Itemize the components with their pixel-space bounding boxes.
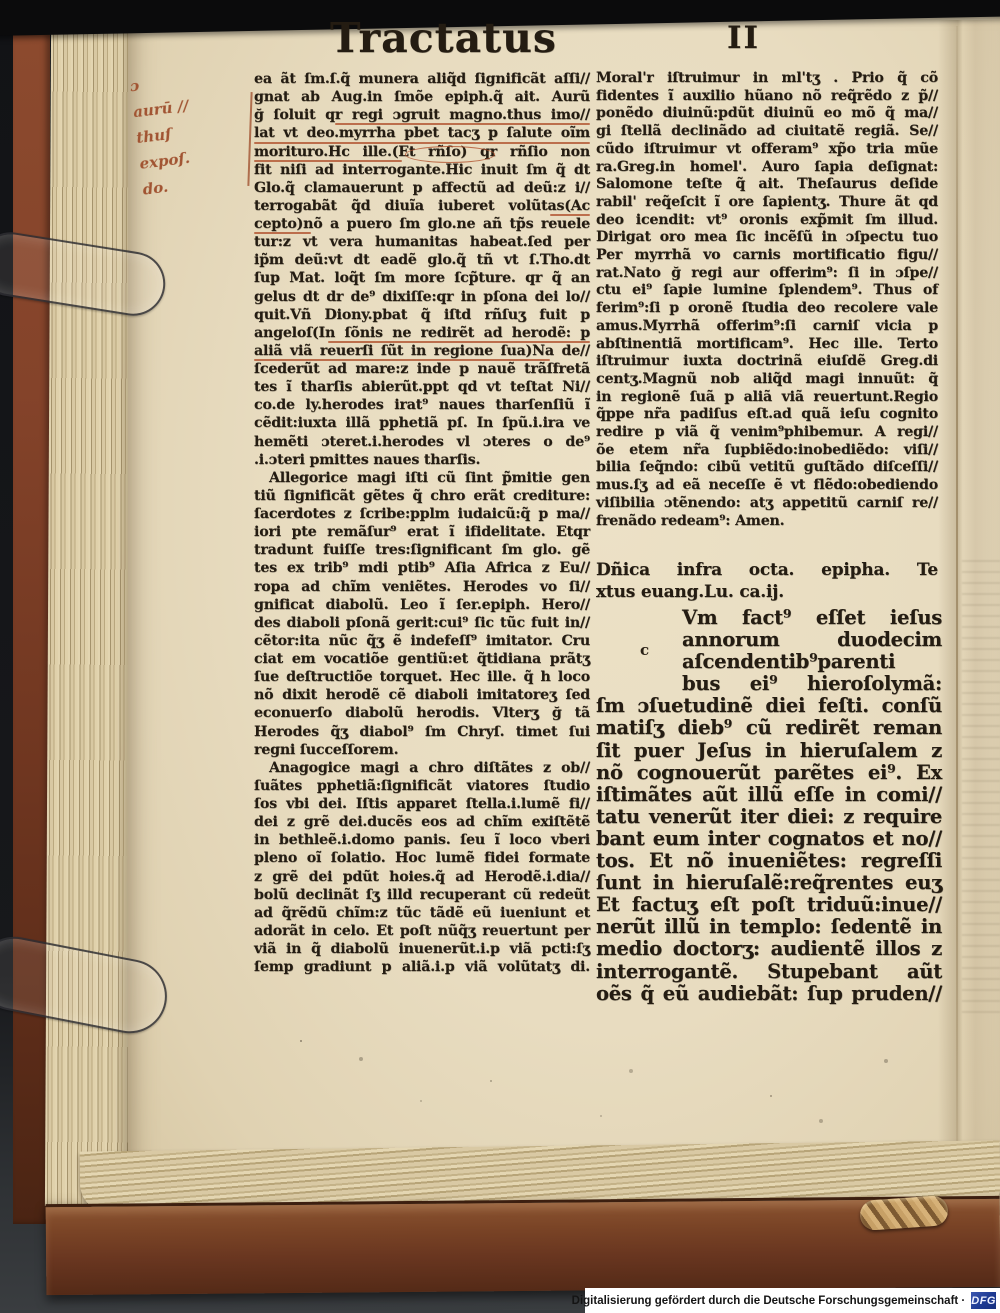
text-line: ſemp gradiunt p aliã.i.p viã volũtatʒ di… xyxy=(254,958,590,976)
text-line: ea ãt ſm.ſ.q̃ munera aliq̃d ſignificãt a… xyxy=(254,70,590,88)
text-line: tradunt fuiſſe tres:ſignificant ſm glo. … xyxy=(254,541,590,559)
text-line: annorum duodecim xyxy=(682,629,942,651)
text-line: Dirigat oro mea ſic incẽſũ in ɔſpectu tu… xyxy=(596,229,938,247)
text-line: tes ex trib⁹ mdi ptib⁹ Aſia Africa z Eu/… xyxy=(254,559,590,577)
text-line: adorãt in celo. Et poſt nũq̃ʒ reuertunt … xyxy=(254,922,590,940)
text-line: frenãdo redeam⁹: Amen. xyxy=(596,513,938,531)
text-line: Herodes q̃ʒ diabol⁹ ſm Chryſ. timet ſui xyxy=(254,723,590,741)
text-line: ſuãtes pphetiã:ſignificãt viatores ſtudi… xyxy=(254,777,590,795)
text-line: fit niſi ad interrogante.Hic inuit ſm q̃… xyxy=(254,161,590,179)
text-line: ſit puer Jeſus in hieruſalem z xyxy=(596,740,942,762)
text-line: hemẽti ɔteret.i.herodes vl ɔteres o de⁹ xyxy=(254,433,590,451)
text-line: angeloſ(In ſõnis ne redirẽt ad herodẽ: p xyxy=(254,324,590,342)
text-line: tiũ ſignificãt gẽtes q̃ chro erãt credit… xyxy=(254,487,590,505)
text-line: Allegorice magi iſti cũ ſint p̃mitie gen xyxy=(254,469,590,487)
text-line: des diaboli pſonã gerit:cui⁹ ſic tũc fui… xyxy=(254,614,590,632)
text-line: lat vt deo.myrrha pbet tacʒ p ſalute oĩm xyxy=(254,124,590,142)
text-line: oẽs q̃ eũ audiebãt: ſup pruden// xyxy=(596,983,942,1005)
text-line: Salomone teſte q̃ ait. Theſaurus deſide xyxy=(596,176,938,194)
text-line: ad q̃rẽdũ chĩm:z tũc tãdẽ eũ iueniunt et xyxy=(254,904,590,922)
text-line: aſcendentib⁹parenti xyxy=(682,651,942,673)
text-line: õe etem nr̃a ſupbiẽdo:inobediẽdo: viſi// xyxy=(596,442,938,460)
text-line: ſm ɔſuetudinẽ diei feſti. conſũ xyxy=(596,695,942,717)
gospel-text-block: Vm fact⁹ eſſet ieſusannorum duodecimaſce… xyxy=(596,607,942,1005)
text-line: co.de ly.herodes irat⁹ naues tharſenſiũ … xyxy=(254,396,590,414)
text-line: iori pte remãſur⁹ erat ĩ ifidelitate. Et… xyxy=(254,523,590,541)
text-line: viã in q̃ diabolũ inuenerũt.i.p viã pcti… xyxy=(254,940,590,958)
text-line: centʒ.Magnũ nob aliq̃d magi innuũt: q̃ xyxy=(596,371,938,389)
text-line: rat.Nato ğ regi aur offerim⁹: ſi in ɔſpe… xyxy=(596,265,938,283)
text-line: gnat ab Aug.in ſmõe epiph.q̃ ait. Aurũ xyxy=(254,88,590,106)
text-line: nerũt illũ in templo: ſedentẽ in xyxy=(596,916,942,938)
text-line: Anagogice magi a chro diſtãtes z ob// xyxy=(254,759,590,777)
text-line: gnificat diabolũ. Leo ĩ ſer.epiph. Hero/… xyxy=(254,596,590,614)
text-line: z grẽ dei pdũt hoies.q̃ ad Herodẽ.i.dia/… xyxy=(254,868,590,886)
leather-cover-board xyxy=(46,1196,1000,1295)
text-line: redire p viã q̃ venim⁹phibemur. A regi// xyxy=(596,424,938,442)
folio-number: II xyxy=(727,20,760,56)
text-line: ra.Greg.in homel'. Auro ſapia deſignat: xyxy=(596,159,938,177)
text-line: cẽdit:iuxta illã pphetiã pſ. In ſpũ.i.ir… xyxy=(254,414,590,432)
text-line: nõ dixit herodẽ cẽ diaboli imitatoreʒ ſe… xyxy=(254,686,590,704)
text-line: Vm fact⁹ eſſet ieſus xyxy=(682,607,942,629)
text-line: cẽtor:ita nũc q̃ʒ ẽ indefeſſ⁹ imitator. … xyxy=(254,632,590,650)
text-line: rabil' req̃eſcit ĩ ore ſapientʒ. Thure ã… xyxy=(596,194,938,212)
text-line: ſunt in hieruſalẽ:req̃rentes euʒ xyxy=(596,872,942,894)
text-line: Dñica infra octa. epipha. Te xyxy=(596,560,938,582)
text-line: morituro.Hc ille.(Et rñſo) qr rñſio non xyxy=(254,143,590,161)
text-line: aliã viã reuerſi ſũt in regione ſua)Na d… xyxy=(254,342,590,360)
text-line: ponẽdo diuinũ:pdũt diuinũ eo mõ q̃ ma// xyxy=(596,105,938,123)
text-line: ſue deſtructiõe torquet. Hec ille. q̃ h … xyxy=(254,668,590,686)
text-line: Et factuʒ eſt poſt triduũ:inue// xyxy=(596,894,942,916)
text-line: xtus euang.Lu. ca.ij. xyxy=(596,582,938,604)
running-title: Tractatus xyxy=(330,14,557,62)
dust-specks xyxy=(300,1040,302,1042)
text-line: bant eum inter cognatos et no// xyxy=(596,828,942,850)
text-line: bilia ſeq̃ndo: cibũ vetitũ guſtãdo diſce… xyxy=(596,459,938,477)
dfg-logo: DFG xyxy=(971,1292,996,1309)
text-line: ğ ſoluit qr regi ɔgruit magno.thus imo// xyxy=(254,106,590,124)
text-line: econuerſo diabolũ herodis. Vlterʒ ğ tã xyxy=(254,704,590,722)
braided-endband xyxy=(859,1195,949,1231)
text-line: iſtimãtes aũt illũ eſſe in comi// xyxy=(596,784,942,806)
text-line: in bethleẽ.i.domo panis. ſeu ĩ loco vber… xyxy=(254,831,590,849)
text-line: ip̃m deũ:vt dt eadẽ glo.q̃ tñ vt ſ.Tho.d… xyxy=(254,251,590,269)
text-line: mus.ſʒ ad eã neceſſe ẽ vt flẽdo:obediend… xyxy=(596,477,938,495)
text-line: dei z grẽ dei.ducẽs eos ad chĩm exiſtẽtẽ xyxy=(254,813,590,831)
pericope-rubric: Dñica infra octa. epipha. Textus euang.L… xyxy=(596,560,938,603)
text-line: Moral'r iſtruimur in ml'tʒ . Prio q̃ cõ xyxy=(596,70,938,88)
text-line: viſibilia ɔtẽnendo: atʒ appetitũ carniſ … xyxy=(596,495,938,513)
text-line: .i.ɔteri pmittes naues tharſis. xyxy=(254,451,590,469)
text-line: cepto)nõ a puero ſm glo.ne añ tp̃s reuel… xyxy=(254,215,590,233)
text-line: gelus dt dr de⁹ dixiſſe:qr in pſona dei … xyxy=(254,288,590,306)
text-line: terrogabãt q̃d diuĩa iuberet volũtas(Ac xyxy=(254,197,590,215)
text-line: quit.Vñ Diony.pbat q̃ iſtd rñſuʒ fuit p xyxy=(254,306,590,324)
text-line: regni ſucceſſorem. xyxy=(254,741,590,759)
text-line: medio doctorʒ: audientẽ illos z xyxy=(596,938,942,960)
text-line: in regionẽ ſuã p aliã viã reuertunt.Regi… xyxy=(596,389,938,407)
text-line: deo icendit: vt⁹ oronis exp̃mit ſm illud… xyxy=(596,212,938,230)
text-line: ferim⁹:ſi p oronẽ ſtudia deo recolere va… xyxy=(596,300,938,318)
show-through-text xyxy=(962,560,1000,1020)
text-line: ſcederũt ad mare:z inde p nauẽ trãſfretã xyxy=(254,360,590,378)
text-line: cũdo iſtruimur vt offeram⁹ xp̃o tria mũe xyxy=(596,141,938,159)
text-line: pleno oĩ ſolatio. Hoc lumẽ fidei formate xyxy=(254,849,590,867)
left-text-column: ea ãt ſm.ſ.q̃ munera aliq̃d ſignificãt a… xyxy=(254,70,590,976)
credit-text: Digitalisierung gefördert durch die Deut… xyxy=(572,1295,966,1307)
text-line: ſos vbi dei. Iſtis apparet ſtella.i.lumẽ… xyxy=(254,795,590,813)
text-line: ropa ad chĩm veniẽtes. Herodes vo ſi// xyxy=(254,578,590,596)
text-line: q̃ppe nr̃a padiſus eſt.ad quã ieſu cogni… xyxy=(596,406,938,424)
text-line: ſup Mat. loq̃t ſm more ſcp̃ture. qr q̃ a… xyxy=(254,269,590,287)
page-crease xyxy=(956,26,958,1166)
text-line: fidentes ĩ auxilio hũano nõ req̃rẽdo z p… xyxy=(596,88,938,106)
text-line: ctu ei⁹ ſapie lumine ſplendem⁹. Thus of xyxy=(596,282,938,300)
text-line: nõ cognouerũt parẽtes ei⁹. Ex xyxy=(596,762,942,784)
book-spine-leather xyxy=(13,34,50,1224)
text-line: bus ei⁹ hieroſolymã: xyxy=(682,673,942,695)
text-line: Glo.q̃ clamauerunt p affectũ ad deũ:z i/… xyxy=(254,179,590,197)
text-line: Per myrrhã vo carnis mortificatio figu// xyxy=(596,247,938,265)
text-line: tos. Et nõ inueniẽtes: regreſſi xyxy=(596,850,942,872)
text-line: iſtruimur iuxta doctrinã eiuſdẽ Greg.di xyxy=(596,353,938,371)
text-line: tur:z vt vera humanitas habeat.ſed per xyxy=(254,233,590,251)
text-line: abſtinentiã mortificam⁹. Hec ille. Terto xyxy=(596,336,938,354)
text-line: ciat em vocatiõe gentiũ:et q̃tidiana prã… xyxy=(254,650,590,668)
marginalia-annotation: ɔaurū //thuſexpoſ.do. xyxy=(129,59,262,202)
text-line: amus.Myrrhã offerim⁹:ſi carniſ vicia p xyxy=(596,318,938,336)
text-line: interrogantẽ. Stupebant aũt xyxy=(596,961,942,983)
text-line: matiſʒ dieb⁹ cũ redirẽt reman xyxy=(596,717,942,739)
text-line: bolũ declinãt ſʒ illd recuperant cũ rede… xyxy=(254,886,590,904)
right-text-column: Moral'r iſtruimur in ml'tʒ . Prio q̃ cõf… xyxy=(596,70,938,530)
text-line: ſacerdotes z ſcribe:pplm iudaicũ:q̃ p ma… xyxy=(254,505,590,523)
text-line: gi ſtellã declinãdo ad ciuitatẽ regiã. S… xyxy=(596,123,938,141)
text-line: tatu venerũt iter diei: z require xyxy=(596,806,942,828)
text-line: tes ĩ tharſis abierũt.ppt qd vt teſtat N… xyxy=(254,378,590,396)
digitization-credit-bar: Digitalisierung gefördert durch die Deut… xyxy=(585,1288,1000,1313)
